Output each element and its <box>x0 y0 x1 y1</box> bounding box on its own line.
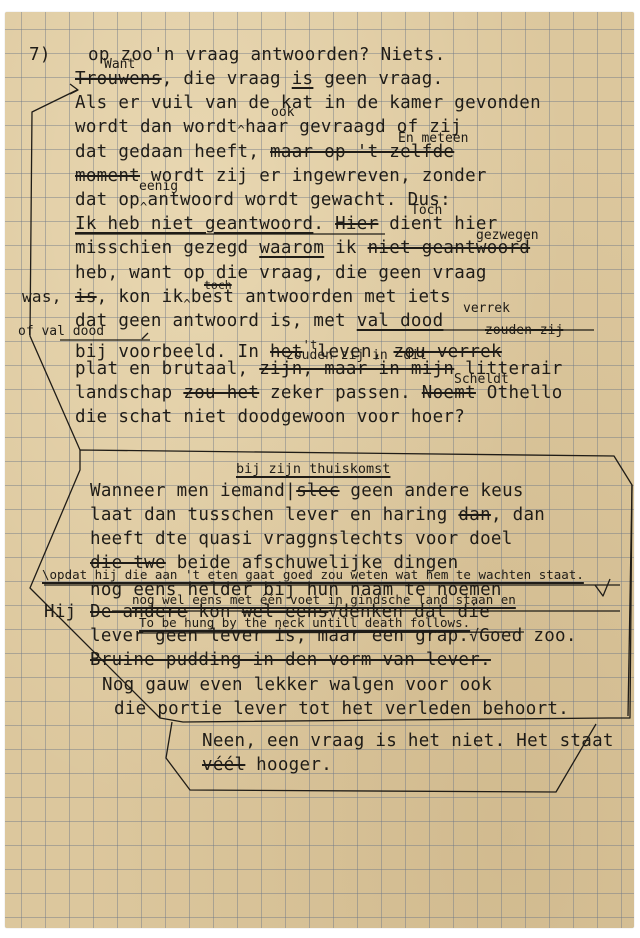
text-run: landschap <box>75 383 183 403</box>
box1-line-1: Wanneer men iemand|slec geen andere keus <box>90 481 524 501</box>
text-run: zeker passen. <box>259 383 422 403</box>
text-run: ik <box>324 238 367 258</box>
struck-word: is <box>75 287 97 307</box>
struck-phrase: zijn, maar in mijn <box>259 359 454 379</box>
text-run: geen andere keus <box>340 481 524 501</box>
text-run: lever geen lever is, maar een grap. <box>90 626 469 646</box>
text-run: dat gedaan heeft, <box>75 142 270 162</box>
insert-mark: | <box>285 480 296 501</box>
underlined-word: waarom <box>259 238 324 258</box>
text-run: Wanneer men iemand <box>90 481 285 501</box>
line-6: moment wordt zij er ingewreven, zonder <box>75 166 487 186</box>
struck-word: Trouwens <box>75 69 162 89</box>
text-run: dat geen antwoord is, met <box>75 311 357 331</box>
text-run: , dan <box>491 505 545 525</box>
text-run: hooger. <box>245 755 332 775</box>
text-run: , die vraag <box>162 69 292 89</box>
struck-word: Hier <box>335 214 378 234</box>
caret-mark: ^ <box>183 297 191 311</box>
margin-hij: Hij <box>44 602 77 622</box>
line-16: die schat niet doodgewoon voor hoer? <box>75 407 465 427</box>
text-run: Goed zoo. <box>479 626 577 646</box>
line-1: op zoo'n vraag antwoorden? Niets. <box>88 45 446 65</box>
box1-line-11: Bruine pudding in den vorm van lever. <box>90 650 491 670</box>
margin-was: was, <box>22 287 62 307</box>
text-run: . <box>313 214 335 234</box>
struck-word: moment <box>75 166 140 186</box>
struck-word: véél <box>202 755 245 775</box>
line-15: landschap zou het zeker passen. Noemt Ot… <box>75 383 563 403</box>
line-2: Trouwens, die vraag is geen vraag. <box>75 69 443 89</box>
line-12: dat geen antwoord is, met val dood <box>75 311 443 331</box>
struck-phrase: maar op 't zelfde <box>270 142 454 162</box>
text-run: plat en brutaal, <box>75 359 259 379</box>
box1-line-2: laat dan tusschen lever en haring dan, d… <box>90 505 545 525</box>
line-7: dat op^antwoord wordt gewacht. Dus: <box>75 190 451 217</box>
text-run: Othello <box>476 383 563 403</box>
underlined-word: is <box>292 69 314 89</box>
line-5: dat gedaan heeft, maar op 't zelfde <box>75 142 454 162</box>
box1-line-13: die portie lever tot het verleden behoor… <box>114 699 569 719</box>
text-run: wordt dan wordt <box>75 117 238 137</box>
text-run: geen vraag. <box>313 69 443 89</box>
insert-verrek: verrek <box>463 302 510 316</box>
line-11: is, kon ik^best antwoorden met iets <box>75 287 451 314</box>
line-10: heb, want op die vraag, die geen vraag <box>75 263 487 283</box>
caret-mark: ^ <box>238 123 246 137</box>
box1-line-3: heeft dte quasi vraggnslechts voor doel <box>90 529 513 549</box>
underlined-phrase: Ik heb niet geantwoord <box>75 214 313 234</box>
struck-word: slec <box>296 481 339 501</box>
caret-mark: ^ <box>140 200 148 214</box>
struck-word: dan <box>458 505 491 525</box>
insert-mark: √ <box>469 626 479 645</box>
box2-line-2: véél hooger. <box>202 755 332 775</box>
text-run: dat op <box>75 190 140 210</box>
box1-line-12: Nog gauw even lekker walgen voor ook <box>102 675 492 695</box>
struck-phrase: niet geantwoord <box>368 238 531 258</box>
page-number: 7) <box>29 45 51 65</box>
box1-line-10: lever geen lever is, maar een grap.√Goed… <box>90 626 577 646</box>
box2-line-1: Neen, een vraag is het niet. Het staat <box>202 731 614 751</box>
struck-word: Noemt <box>422 383 476 403</box>
line-3: Als er vuil van de kat in de kamer gevon… <box>75 93 541 113</box>
line-8: Ik heb niet geantwoord. Hier dient hier <box>75 214 498 234</box>
line-9: misschien gezegd waarom ik niet geantwoo… <box>75 238 530 258</box>
text-run: best antwoorden met iets <box>191 287 451 307</box>
text-run: misschien gezegd <box>75 238 259 258</box>
text-run: laat dan tusschen lever en haring <box>90 505 458 525</box>
text-run: antwoord wordt gewacht. Dus: <box>148 190 451 210</box>
box1-heading: bij zijn thuiskomst <box>236 462 390 476</box>
text-run: , kon ik <box>97 287 184 307</box>
struck-underlined-phrase: val dood <box>357 311 444 331</box>
text-run: wordt zij er ingewreven, zonder <box>140 166 487 186</box>
struck-phrase: zou het <box>183 383 259 403</box>
